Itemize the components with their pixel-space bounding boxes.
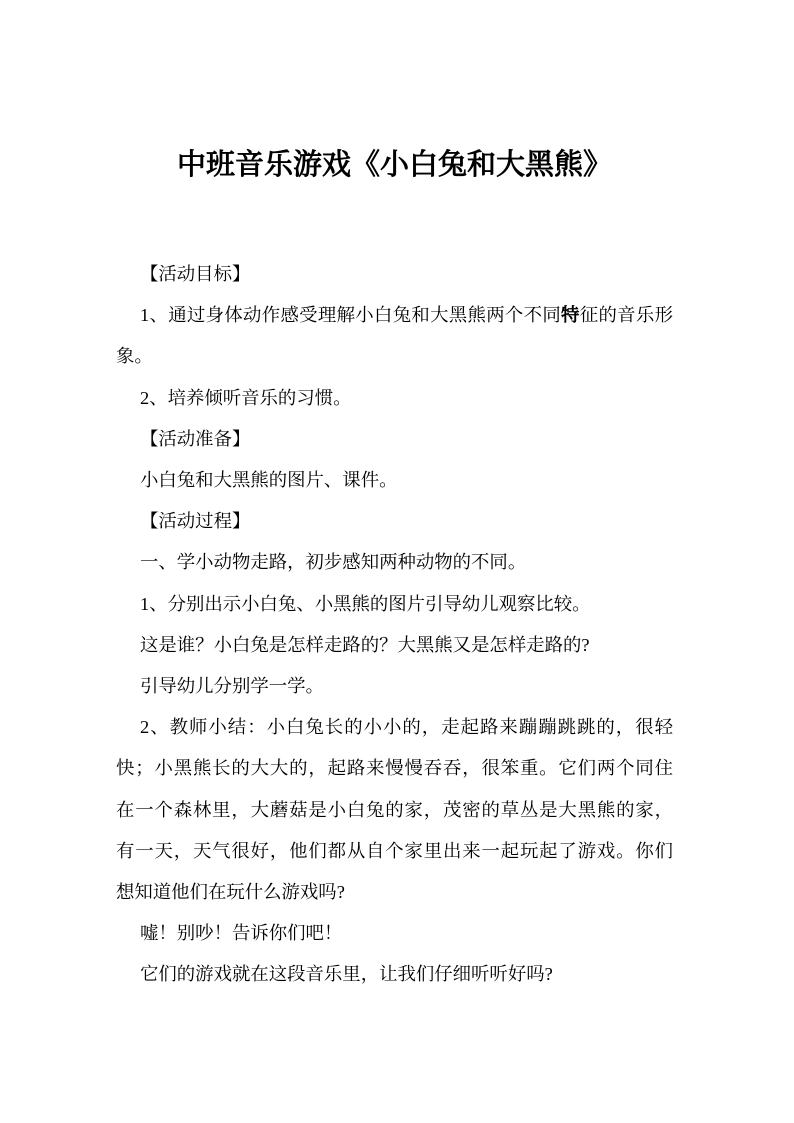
summary-line-3: 在一个森林里，大蘑菇是小白兔的家，茂密的草丛是大黑熊的家，: [116, 790, 673, 831]
document-content: 中班音乐游戏《小白兔和大黑熊》 【活动目标】 1、通过身体动作感受理解小白兔和大…: [0, 145, 794, 996]
paragraph-preparation-item: 小白兔和大黑熊的图片、课件。: [116, 460, 673, 501]
section-header-preparation: 【活动准备】: [116, 419, 673, 460]
section-header-process: 【活动过程】: [116, 501, 673, 542]
paragraph-step1-item1: 1、分别出示小白兔、小黑熊的图片引导幼儿观察比较。: [116, 584, 673, 625]
summary-line-1: 2、教师小结：小白兔长的小小的，走起路来蹦蹦跳跳的，很轻: [116, 707, 673, 748]
summary-line-5: 想知道他们在玩什么游戏吗?: [116, 872, 673, 913]
paragraph-step1-guide: 引导幼儿分别学一学。: [116, 666, 673, 707]
section-header-goals: 【活动目标】: [116, 254, 673, 295]
paragraph-goal-2: 2、培养倾听音乐的习惯。: [116, 378, 673, 419]
bold-character: 特: [561, 305, 580, 325]
document-title: 中班音乐游戏《小白兔和大黑熊》: [116, 145, 673, 186]
paragraph-listen: 它们的游戏就在这段音乐里，让我们仔细听听好吗?: [116, 954, 673, 995]
summary-line-4: 有一天，天气很好，他们都从自个家里出来一起玩起了游戏。你们: [116, 831, 673, 872]
paragraph-teacher-summary: 2、教师小结：小白兔长的小小的，走起路来蹦蹦跳跳的，很轻 快；小黑熊长的大大的，…: [116, 707, 673, 913]
paragraph-goal-1: 1、通过身体动作感受理解小白兔和大黑熊两个不同特征的音乐形 象。: [116, 295, 673, 377]
goal-1-line-2: 象。: [116, 336, 673, 377]
summary-line-2: 快；小黑熊长的大大的，起路来慢慢吞吞，很笨重。它们两个同住: [116, 748, 673, 789]
paragraph-step1-heading: 一、学小动物走路，初步感知两种动物的不同。: [116, 542, 673, 583]
goal-1-line-1: 1、通过身体动作感受理解小白兔和大黑熊两个不同特征的音乐形: [116, 295, 673, 336]
paragraph-step1-questions: 这是谁？小白兔是怎样走路的？大黑熊又是怎样走路的?: [116, 625, 673, 666]
document-page: 中班音乐游戏《小白兔和大黑熊》 【活动目标】 1、通过身体动作感受理解小白兔和大…: [0, 0, 794, 1123]
paragraph-hush: 嘘！别吵！告诉你们吧！: [116, 913, 673, 954]
